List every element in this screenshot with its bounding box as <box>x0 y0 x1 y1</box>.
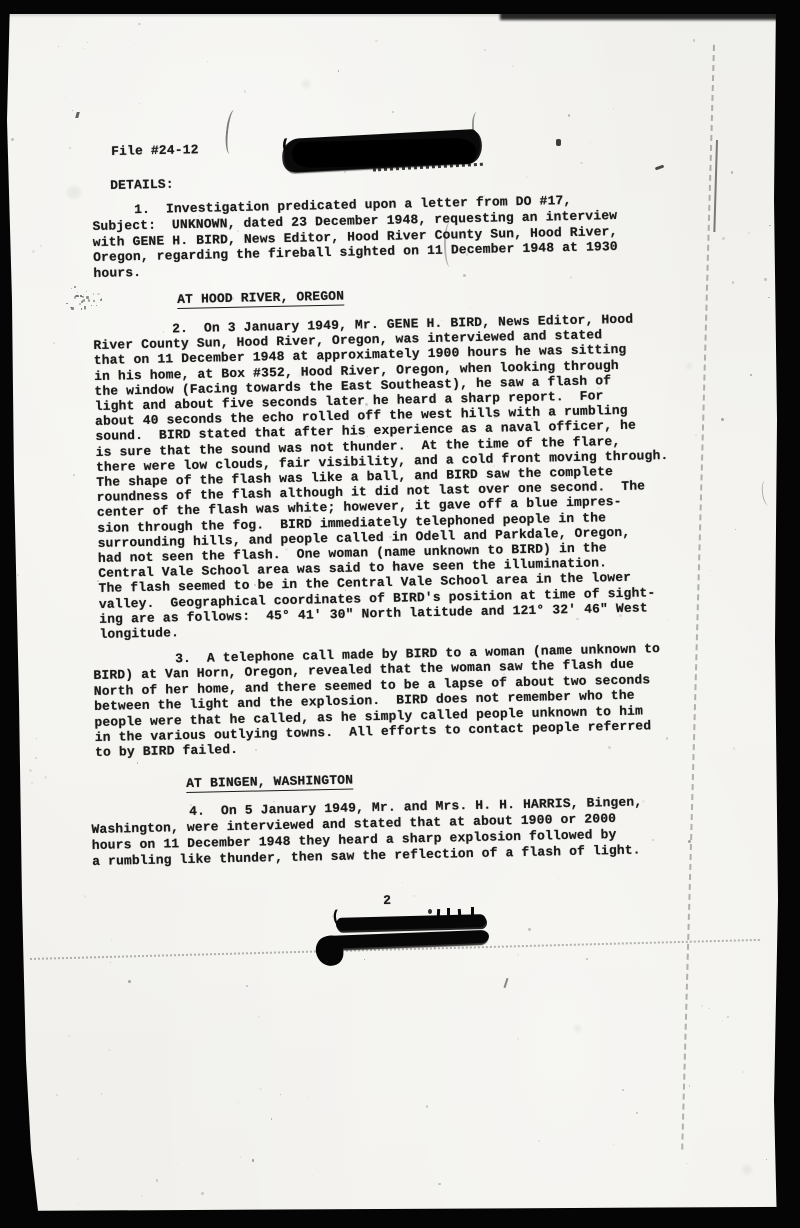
section-heading-hood-river: AT HOOD RIVER, OREGON <box>177 289 344 308</box>
noise-speck <box>32 250 35 253</box>
noise-speck <box>721 418 724 421</box>
noise-speck <box>696 773 697 774</box>
noise-speck <box>568 114 570 116</box>
noise-speck <box>77 292 78 293</box>
noise-speck <box>526 176 528 178</box>
noise-speck <box>97 293 99 295</box>
noise-speck <box>137 762 139 764</box>
noise-speck <box>695 434 697 436</box>
noise-speck <box>463 274 466 277</box>
noise-speck <box>101 298 103 300</box>
noise-speck <box>17 574 19 576</box>
noise-speck <box>731 171 734 174</box>
noise-speck <box>528 928 531 931</box>
noise-speck <box>766 1159 767 1160</box>
noise-speck <box>67 186 80 199</box>
noise-speck <box>96 305 97 306</box>
noise-speck <box>53 342 55 344</box>
noise-speck <box>79 303 80 304</box>
noise-speck <box>80 295 82 297</box>
noise-speck <box>743 1071 744 1072</box>
noise-speck <box>258 1016 260 1018</box>
noise-speck <box>722 237 725 240</box>
noise-speck <box>426 1105 429 1108</box>
noise-speck <box>271 1118 273 1120</box>
noise-speck <box>93 293 95 295</box>
noise-speck <box>668 54 669 55</box>
redaction-letter-remnants <box>447 908 450 915</box>
noise-speck <box>652 839 654 841</box>
noise-speck <box>750 374 752 376</box>
noise-speck <box>141 1195 144 1198</box>
noise-speck <box>570 276 573 279</box>
scan-border-bottom <box>0 1207 800 1228</box>
noise-speck <box>302 80 310 88</box>
section-heading-bingen: AT BINGEN, WASHINGTON <box>186 773 353 792</box>
noise-speck <box>252 1159 254 1161</box>
noise-speck <box>201 1192 204 1195</box>
paragraph-3: 3. A telephone call made by BIRD to a wo… <box>93 641 662 761</box>
noise-speck <box>35 757 37 759</box>
scanned-document-page: File #24-12 ( DETAILS: 1. Investigation … <box>0 0 800 1228</box>
details-label: DETAILS: <box>110 177 174 194</box>
noise-speck <box>86 291 87 292</box>
noise-speck <box>68 1035 70 1037</box>
noise-speck <box>613 108 615 110</box>
noise-speck <box>394 1094 395 1095</box>
noise-speck <box>280 1094 281 1095</box>
heading-text: AT HOOD RIVER, OREGON <box>177 289 344 309</box>
heading-text: AT BINGEN, WASHINGTON <box>186 773 353 793</box>
noise-speck <box>722 1020 723 1021</box>
noise-speck <box>244 90 246 92</box>
noise-speck <box>74 286 76 288</box>
noise-speck <box>54 416 56 418</box>
noise-speck <box>69 147 71 149</box>
noise-speck <box>82 296 84 298</box>
noise-speck <box>290 1069 291 1070</box>
noise-speck <box>71 307 74 310</box>
noise-speck <box>83 48 84 49</box>
noise-speck <box>31 782 33 784</box>
noise-speck <box>88 299 90 301</box>
noise-speck <box>735 529 736 530</box>
noise-speck <box>636 1112 638 1114</box>
noise-speck <box>538 1140 540 1142</box>
noise-speck <box>512 65 514 67</box>
stray-ink-mark <box>504 978 509 988</box>
noise-speck <box>84 308 86 310</box>
noise-speck <box>78 1203 79 1204</box>
noise-speck <box>83 299 85 301</box>
noise-speck <box>72 110 73 111</box>
noise-speck <box>71 288 72 289</box>
noise-speck <box>708 1008 710 1010</box>
noise-speck <box>586 958 588 960</box>
noise-speck <box>732 281 735 284</box>
noise-speck <box>240 1156 241 1157</box>
noise-speck <box>764 278 766 280</box>
redaction-stamp-top <box>283 129 480 171</box>
noise-speck <box>40 245 42 247</box>
noise-speck <box>574 1025 581 1032</box>
noise-speck <box>138 23 140 25</box>
noise-speck <box>207 61 208 62</box>
noise-speck <box>156 1179 159 1182</box>
noise-speck <box>689 1085 691 1087</box>
noise-speck <box>364 959 366 961</box>
noise-speck <box>65 97 66 98</box>
noise-speck <box>768 297 769 298</box>
scan-border-streak <box>0 13 800 16</box>
noise-speck <box>56 1094 58 1096</box>
stray-ink-mark <box>556 139 561 146</box>
noise-speck <box>686 363 692 369</box>
noise-speck <box>727 1016 729 1018</box>
paragraph-2: 2. On 3 January 1949, Mr. GENE H. BIRD, … <box>93 311 672 642</box>
redaction-marker-stroke <box>336 914 486 931</box>
noise-speck <box>769 225 771 227</box>
noise-speck <box>128 980 131 983</box>
noise-speck <box>338 70 340 72</box>
noise-speck <box>742 1165 751 1174</box>
noise-speck <box>686 1163 687 1164</box>
vertical-fold-crease-dark-segment <box>713 140 717 232</box>
noise-speck <box>259 1088 262 1091</box>
noise-speck <box>710 570 711 571</box>
noise-speck <box>666 737 669 740</box>
stray-ink-mark <box>428 909 432 914</box>
noise-speck <box>101 1093 103 1095</box>
noise-speck <box>87 42 88 43</box>
noise-speck <box>438 1183 440 1185</box>
noise-speck <box>238 1102 239 1103</box>
noise-speck <box>58 46 59 47</box>
paragraph-4: 4. On 5 January 1949, Mr. and Mrs. H. H.… <box>91 794 643 870</box>
noise-speck <box>622 1089 624 1091</box>
noise-speck <box>66 303 67 304</box>
noise-speck <box>73 474 75 476</box>
noise-speck <box>642 800 645 803</box>
noise-speck <box>484 49 486 51</box>
paragraph-1: 1. Investigation predicated upon a lette… <box>92 192 618 282</box>
noise-speck <box>86 296 88 298</box>
noise-speck <box>517 954 519 956</box>
noise-speck <box>91 305 92 306</box>
noise-speck <box>84 895 87 898</box>
noise-speck <box>81 308 83 310</box>
noise-speck <box>176 1163 178 1165</box>
file-number: File #24-12 <box>111 142 199 159</box>
noise-speck <box>36 738 37 739</box>
noise-speck <box>402 882 403 883</box>
noise-speck <box>110 962 111 963</box>
noise-speck <box>613 1144 614 1145</box>
noise-speck <box>135 43 136 44</box>
noise-speck <box>139 103 140 104</box>
noise-speck <box>590 142 591 143</box>
stray-ink-mark <box>655 165 664 171</box>
scan-border-top-smudge <box>500 0 800 20</box>
noise-speck <box>83 294 84 295</box>
scan-border-right <box>760 0 800 1228</box>
noise-speck <box>580 162 582 164</box>
noise-speck <box>559 878 560 879</box>
noise-speck <box>111 940 112 941</box>
stray-ink-mark <box>75 112 80 118</box>
noise-speck <box>29 769 31 771</box>
noise-speck <box>375 40 377 42</box>
noise-speck <box>517 1038 520 1041</box>
vertical-fold-crease <box>681 45 715 1150</box>
noise-speck <box>701 1005 703 1007</box>
noise-speck <box>413 895 415 897</box>
noise-speck <box>344 171 346 173</box>
noise-speck <box>44 776 46 778</box>
noise-speck <box>748 232 750 234</box>
noise-speck <box>307 1097 308 1098</box>
noise-speck <box>246 985 248 987</box>
stray-pen-mark <box>224 109 241 154</box>
noise-speck <box>470 308 471 309</box>
noise-speck <box>108 1049 110 1051</box>
noise-speck <box>392 111 394 113</box>
page-number: 2 <box>383 893 391 909</box>
noise-speck <box>733 747 736 750</box>
noise-speck <box>693 39 695 41</box>
noise-speck <box>77 1158 79 1160</box>
scan-border-left <box>0 0 40 1228</box>
noise-speck <box>11 138 14 141</box>
stray-pen-mark <box>760 479 775 506</box>
noise-speck <box>312 1175 313 1176</box>
noise-speck <box>93 300 95 302</box>
